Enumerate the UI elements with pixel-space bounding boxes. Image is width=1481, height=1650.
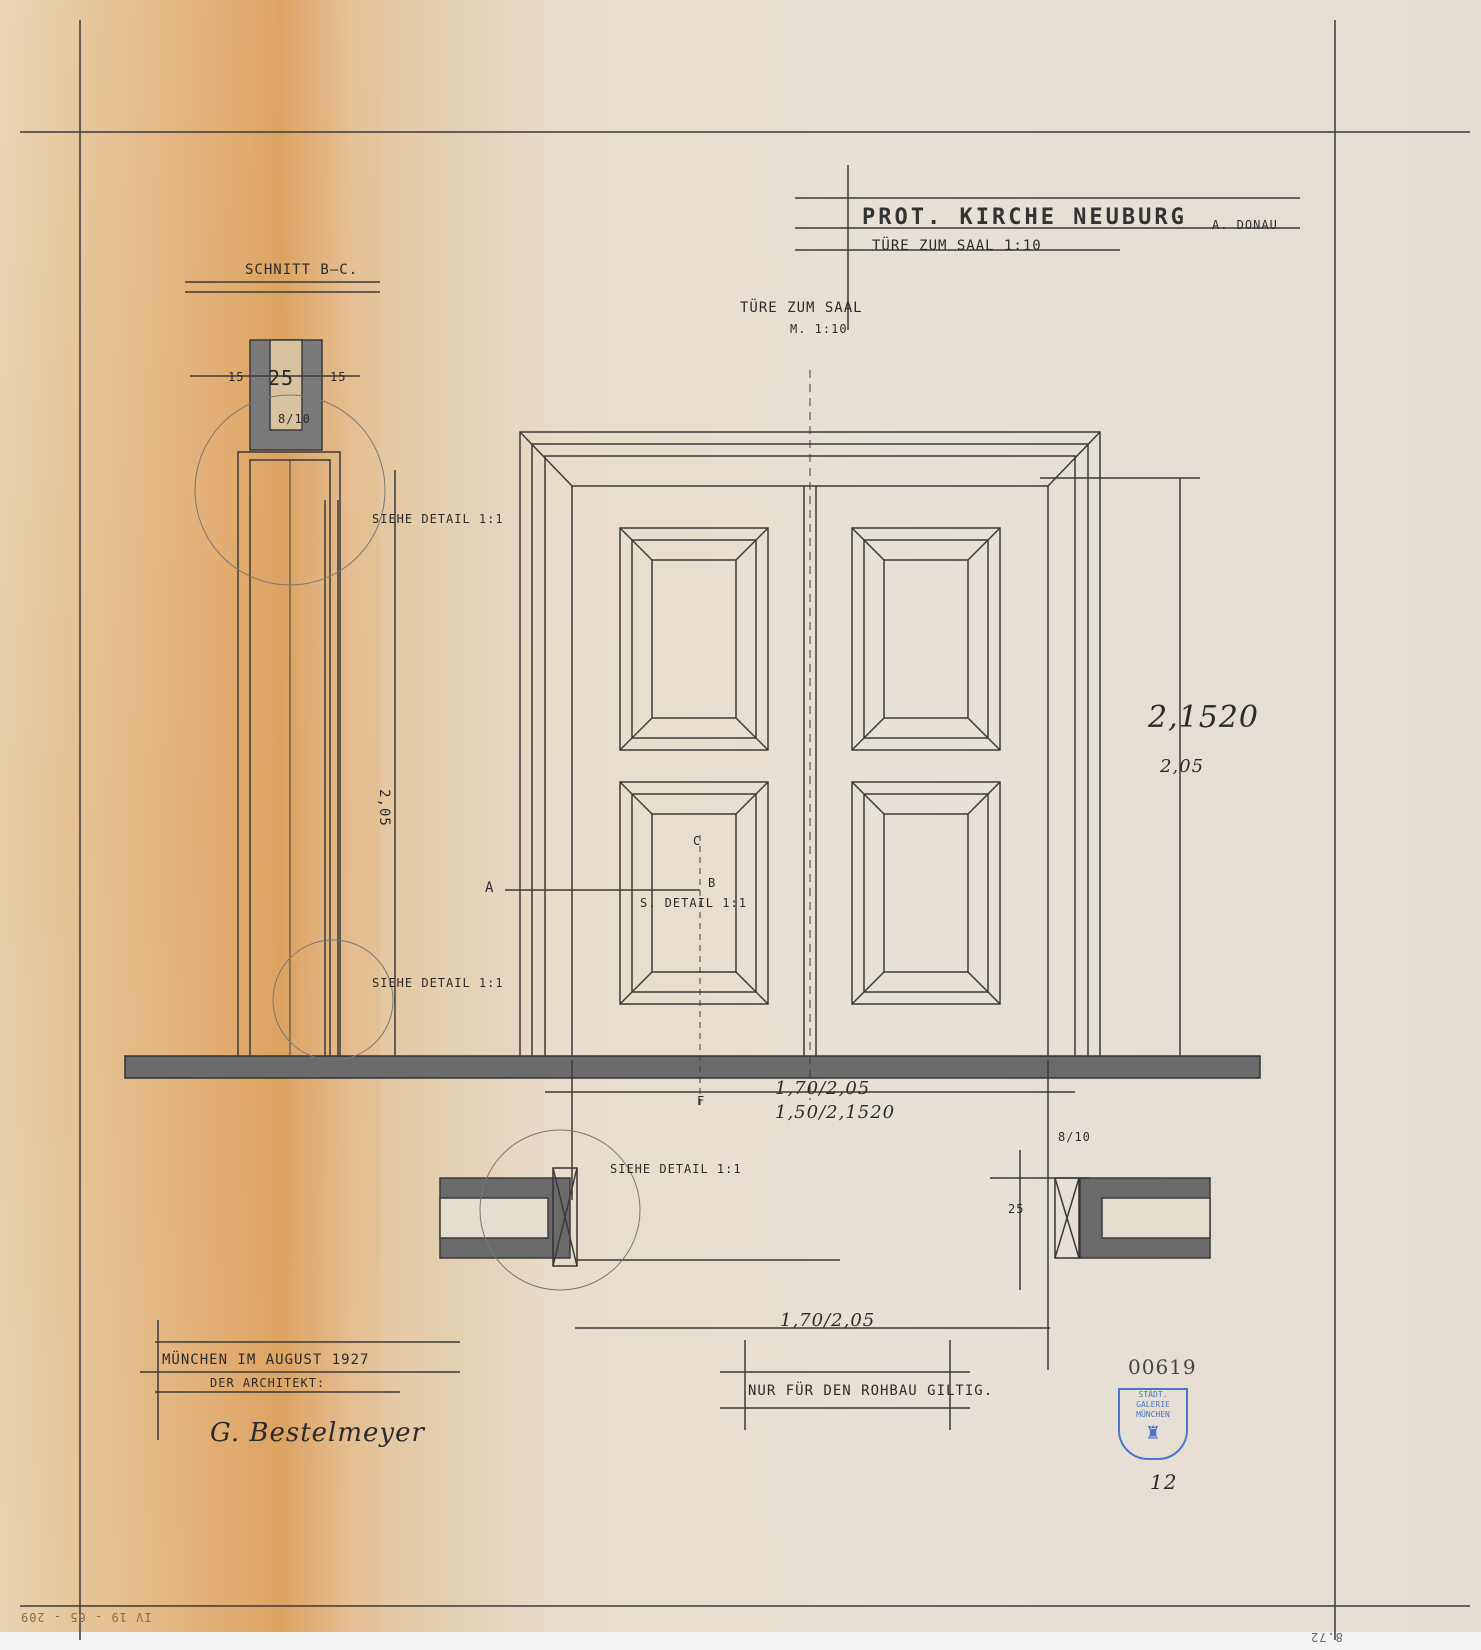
section-marker-b: B [708, 876, 716, 890]
view-scale: M. 1:10 [790, 322, 848, 336]
section-dim-right: 15 [330, 370, 346, 384]
detail-note-door: S. DETAIL 1:1 [640, 896, 747, 910]
architect-signature: G. Bestelmeyer [210, 1418, 425, 1448]
plan-frame-dim: 8/10 [1058, 1130, 1091, 1144]
section-marker-a: A [485, 880, 494, 896]
detail-note-plan: SIEHE DETAIL 1:1 [610, 1162, 742, 1176]
width-dim-secondary: 1,50/2,1520 [775, 1102, 895, 1123]
stamp-text: STÄDT. GALERIE MÜNCHEN [1136, 1390, 1170, 1419]
section-marker-f: F [697, 1094, 705, 1108]
section-dim-frame: 8/10 [278, 412, 311, 426]
detail-note-top: SIEHE DETAIL 1:1 [372, 512, 504, 526]
plan-wall-dim: 25 [1008, 1202, 1024, 1216]
section-dim-center: 25 [268, 366, 294, 390]
inventory-number: 00619 [1128, 1355, 1197, 1379]
project-title: PROT. KIRCHE NEUBURG [862, 205, 1187, 230]
rohbau-note: NUR FÜR DEN ROHBAU GILTIG. [748, 1383, 993, 1399]
museum-stamp: STÄDT. GALERIE MÜNCHEN♜ [1118, 1388, 1188, 1460]
section-title: SCHNITT B–C. [245, 262, 358, 278]
architect-label: DER ARCHITEKT: [210, 1376, 325, 1390]
drawing-subtitle: TÜRE ZUM SAAL 1:10 [872, 238, 1042, 254]
width-dim-primary: 1,70/2,05 [775, 1078, 870, 1099]
detail-note-bottom: SIEHE DETAIL 1:1 [372, 976, 504, 990]
sheet-number: 12 [1150, 1470, 1177, 1494]
plan-width-dim: 1,70/2,05 [780, 1310, 875, 1331]
height-dim-secondary: 2,05 [1160, 756, 1204, 777]
section-marker-c: C [693, 834, 701, 848]
project-suffix: A. DONAU [1212, 218, 1278, 232]
place-date: MÜNCHEN IM AUGUST 1927 [162, 1352, 369, 1368]
section-dim-height: 2,05 [376, 789, 392, 827]
view-title: TÜRE ZUM SAAL [740, 300, 863, 316]
height-dim-primary: 2,1520 [1148, 700, 1259, 735]
drawing-linework [0, 0, 1481, 1650]
margin-note: 8.72 [1310, 1630, 1343, 1644]
munich-child-icon: ♜ [1120, 1420, 1186, 1446]
edge-note: IV 19 - 65 - 209 [20, 1610, 152, 1624]
section-dim-left: 15 [228, 370, 244, 384]
